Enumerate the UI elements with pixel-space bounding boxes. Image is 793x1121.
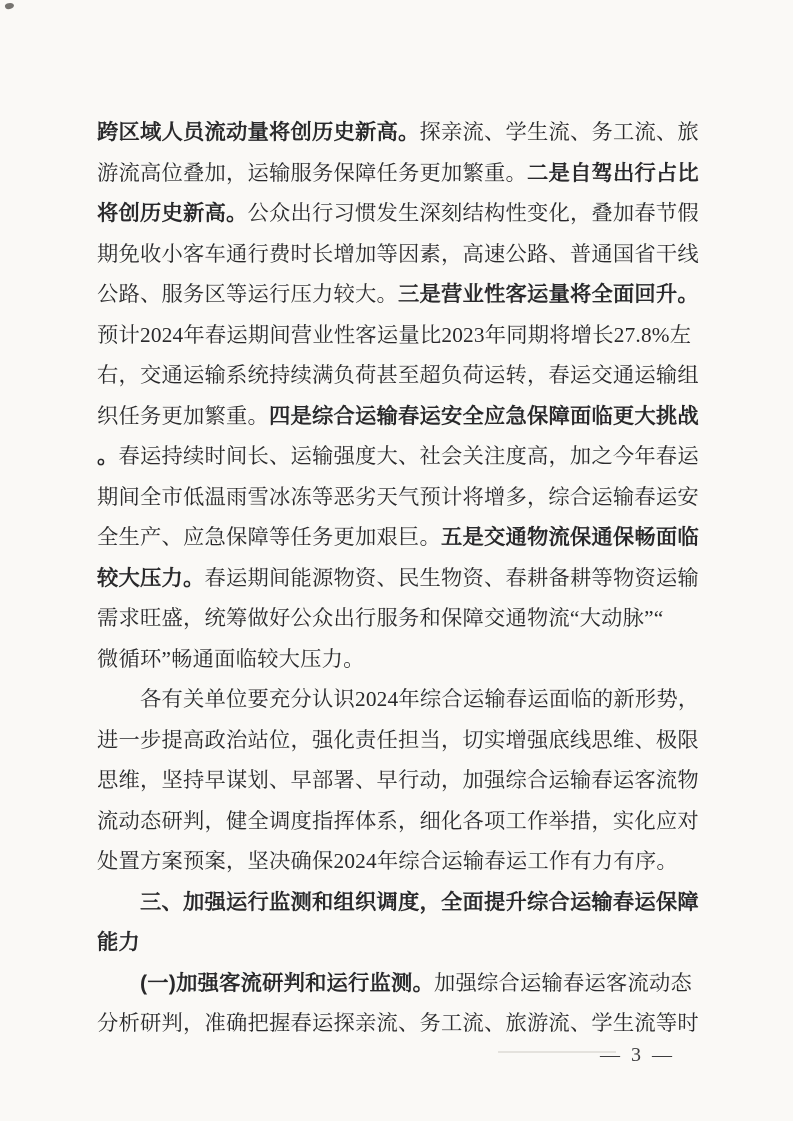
- spring-festival-situation-paragraph-line: 游流高位叠加，运输服务保障任务更加繁重。二是自驾出行占比: [97, 153, 697, 194]
- emphasis-text: 五是交通物流保通保畅面临: [441, 525, 699, 549]
- body-text: 流动态研判，健全调度指挥体系，细化各项工作举措，实化应对: [97, 809, 699, 833]
- body-text: 公路、服务区等运行压力较大。: [97, 282, 398, 306]
- spring-festival-situation-paragraph-line: 预计2024年春运期间营业性客运量比2023年同期将增长27.8%左: [97, 315, 697, 356]
- body-text: 织任务更加繁重。: [97, 404, 269, 428]
- section-three-heading-line: 能力: [97, 922, 697, 963]
- page-number: — 3 —: [600, 1040, 675, 1070]
- emphasis-text: 能力: [97, 930, 140, 954]
- body-text: 思维，坚持早谋划、早部署、早行动，加强综合运输春运客流物: [97, 768, 699, 792]
- emphasis-text: 二是自驾出行占比: [527, 161, 699, 185]
- emphasis-text: 较大压力。: [97, 566, 205, 590]
- subsection-one-paragraph-line: (一)加强客流研判和运行监测。加强综合运输春运客流动态: [97, 963, 697, 1004]
- body-text: 微循环”畅通面临较大压力。: [97, 647, 365, 671]
- body-text: 春运持续时间长、运输强度大、社会关注度高，加之今年春运: [119, 444, 699, 468]
- spring-festival-situation-paragraph-line: 较大压力。春运期间能源物资、民生物资、春耕备耕等物资运输: [97, 558, 697, 599]
- emphasis-text: 跨区域人员流动量将创历史新高。: [97, 120, 419, 144]
- spring-festival-situation-paragraph-line: 跨区域人员流动量将创历史新高。探亲流、学生流、务工流、旅: [97, 112, 697, 153]
- body-text: 预计2024年春运期间营业性客运量比2023年同期将增长27.8%左: [97, 323, 691, 347]
- body-text: 全生产、应急保障等任务更加艰巨。: [97, 525, 441, 549]
- spring-festival-situation-paragraph-line: 需求旺盛，统筹做好公众出行服务和保障交通物流“大动脉”“: [97, 598, 697, 639]
- body-text: 游流高位叠加，运输服务保障任务更加繁重。: [97, 161, 527, 185]
- body-text: 处置方案预案，坚决确保2024年综合运输春运工作有力有序。: [97, 849, 678, 873]
- general-requirements-paragraph-line: 各有关单位要充分认识2024年综合运输春运面临的新形势，: [97, 679, 697, 720]
- body-text: 期间全市低温雨雪冰冻等恶劣天气预计将增多，综合运输春运安: [97, 485, 699, 509]
- spring-festival-situation-paragraph-line: 织任务更加繁重。四是综合运输春运安全应急保障面临更大挑战: [97, 396, 697, 437]
- body-text: 春运期间能源物资、民生物资、春耕备耕等物资运输: [205, 566, 699, 590]
- section-three-heading-line: 三、加强运行监测和组织调度，全面提升综合运输春运保障: [97, 882, 697, 923]
- document-body: 跨区域人员流动量将创历史新高。探亲流、学生流、务工流、旅游流高位叠加，运输服务保…: [97, 112, 697, 1044]
- general-requirements-paragraph-line: 处置方案预案，坚决确保2024年综合运输春运工作有力有序。: [97, 841, 697, 882]
- body-text: 加强综合运输春运客流动态: [434, 971, 692, 995]
- spring-festival-situation-paragraph-line: 微循环”畅通面临较大压力。: [97, 639, 697, 680]
- spring-festival-situation-paragraph-line: 公路、服务区等运行压力较大。三是营业性客运量将全面回升。: [97, 274, 697, 315]
- spring-festival-situation-paragraph-line: 期间全市低温雨雪冰冻等恶劣天气预计将增多，综合运输春运安: [97, 477, 697, 518]
- emphasis-text: 三是营业性客运量将全面回升。: [398, 282, 699, 306]
- emphasis-text: 将创历史新高。: [97, 201, 247, 225]
- emphasis-text: 。: [97, 444, 119, 468]
- general-requirements-paragraph-line: 流动态研判，健全调度指挥体系，细化各项工作举措，实化应对: [97, 801, 697, 842]
- body-text: 探亲流、学生流、务工流、旅: [419, 120, 698, 144]
- scan-streak-artifact: [498, 1051, 616, 1053]
- spring-festival-situation-paragraph-line: 右，交通运输系统持续满负荷甚至超负荷运转，春运交通运输组: [97, 355, 697, 396]
- body-text: 期免收小客车通行费时长增加等因素，高速公路、普通国省干线: [97, 242, 699, 266]
- general-requirements-paragraph-line: 进一步提高政治站位，强化责任担当，切实增强底线思维、极限: [97, 720, 697, 761]
- body-text: 需求旺盛，统筹做好公众出行服务和保障交通物流“大动脉”“: [97, 606, 663, 630]
- body-text: 公众出行习惯发生深刻结构性变化，叠加春节假: [247, 201, 698, 225]
- spring-festival-situation-paragraph-line: 全生产、应急保障等任务更加艰巨。五是交通物流保通保畅面临: [97, 517, 697, 558]
- spring-festival-situation-paragraph-line: 将创历史新高。公众出行习惯发生深刻结构性变化，叠加春节假: [97, 193, 697, 234]
- body-text: 进一步提高政治站位，强化责任担当，切实增强底线思维、极限: [97, 728, 699, 752]
- document-page: 跨区域人员流动量将创历史新高。探亲流、学生流、务工流、旅游流高位叠加，运输服务保…: [0, 0, 793, 1121]
- spring-festival-situation-paragraph-line: 。春运持续时间长、运输强度大、社会关注度高，加之今年春运: [97, 436, 697, 477]
- emphasis-text: (一)加强客流研判和运行监测。: [140, 971, 434, 995]
- body-text: 分析研判，准确把握春运探亲流、务工流、旅游流、学生流等时: [97, 1011, 699, 1035]
- emphasis-text: 三、加强运行监测和组织调度，全面提升综合运输春运保障: [140, 890, 699, 914]
- subsection-one-paragraph-line: 分析研判，准确把握春运探亲流、务工流、旅游流、学生流等时: [97, 1003, 697, 1044]
- spring-festival-situation-paragraph-line: 期免收小客车通行费时长增加等因素，高速公路、普通国省干线: [97, 234, 697, 275]
- scan-speck-artifact: [4, 2, 14, 10]
- general-requirements-paragraph-line: 思维，坚持早谋划、早部署、早行动，加强综合运输春运客流物: [97, 760, 697, 801]
- body-text: 各有关单位要充分认识2024年综合运输春运面临的新形势，: [140, 687, 699, 711]
- body-text: 右，交通运输系统持续满负荷甚至超负荷运转，春运交通运输组: [97, 363, 699, 387]
- emphasis-text: 四是综合运输春运安全应急保障面临更大挑战: [269, 404, 699, 428]
